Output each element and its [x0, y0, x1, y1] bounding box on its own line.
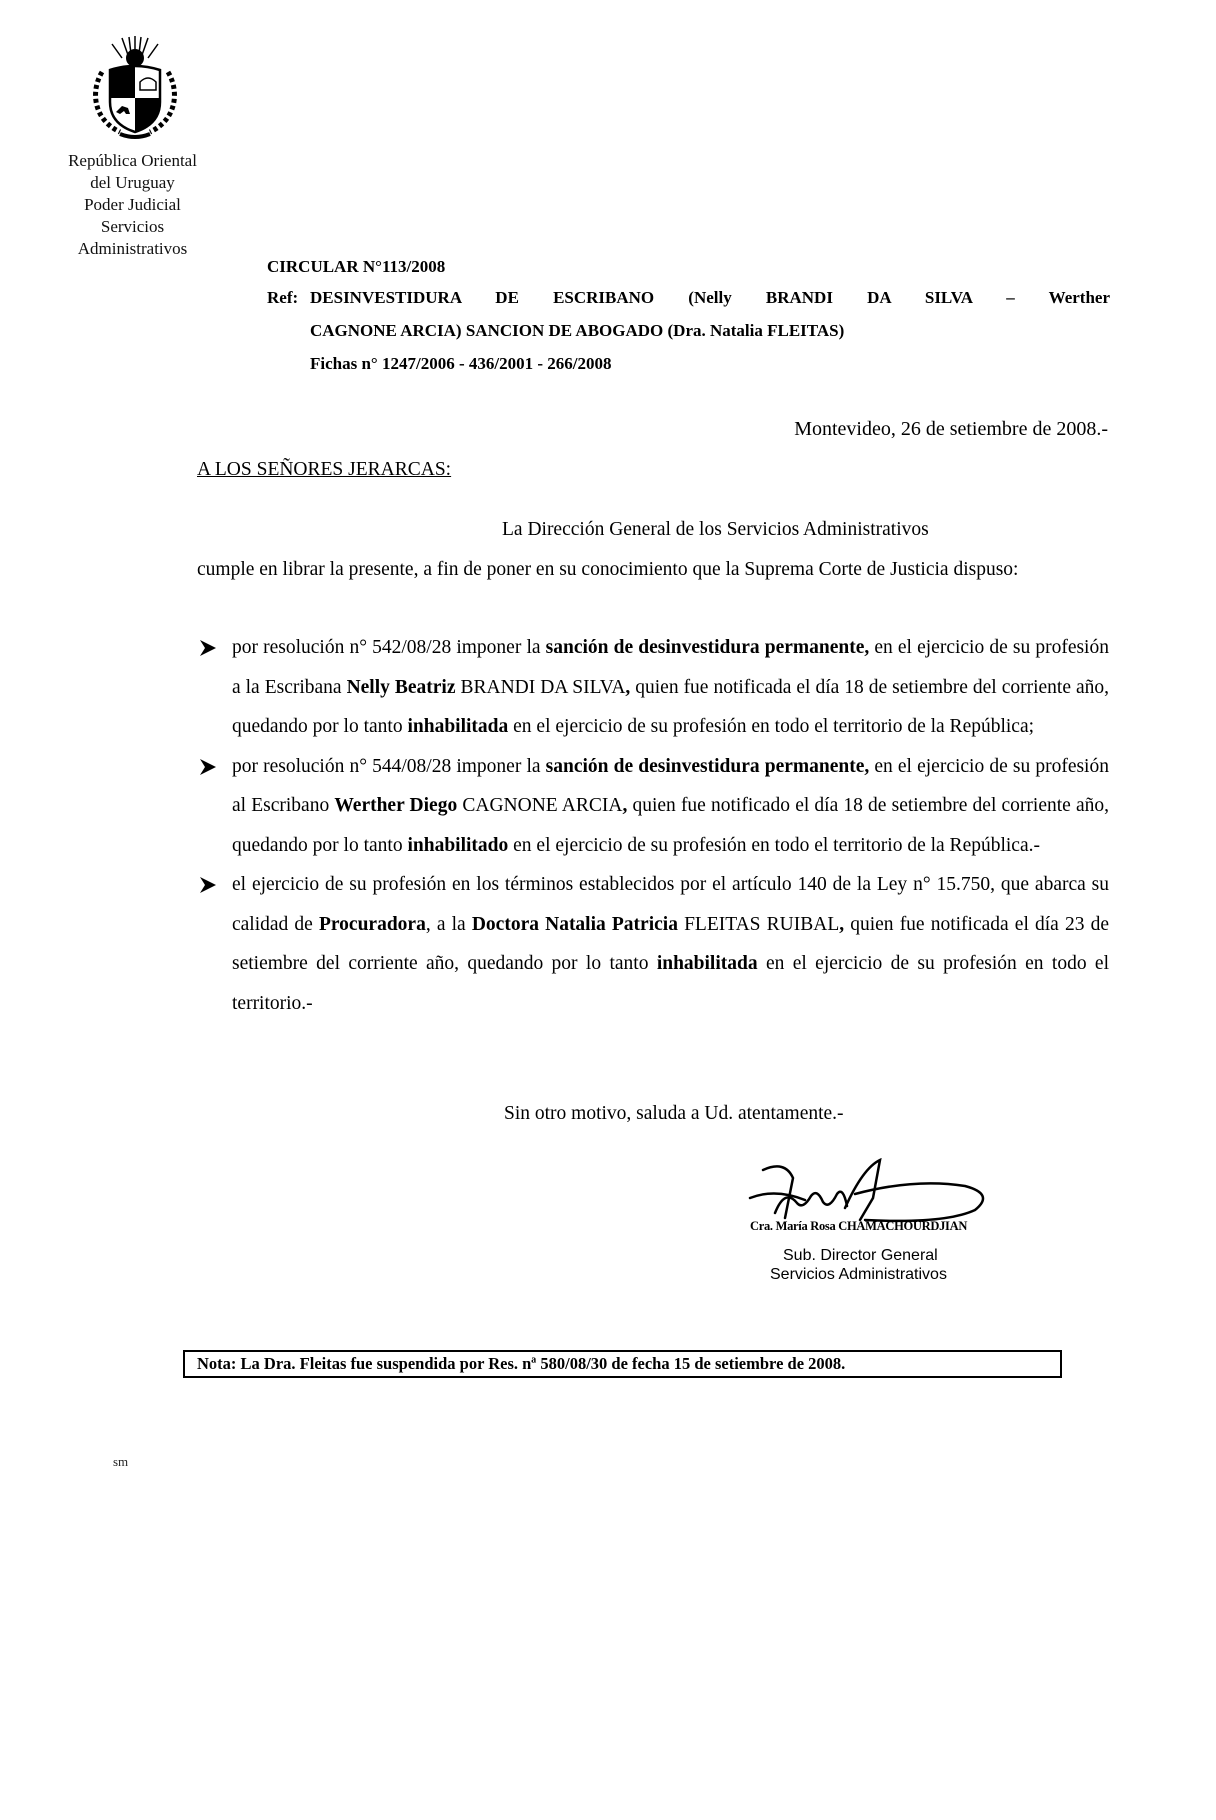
emphasized-text: sanción de desinvestidura permanente, — [546, 756, 870, 777]
intro-rest: cumple en librar la presente, a fin de p… — [197, 559, 1018, 580]
list-item-text: por resolución n° 542/08/28 imponer la s… — [232, 637, 1109, 737]
organization-name: República Oriental del Uruguay Poder Jud… — [40, 150, 225, 260]
list-item: el ejercicio de su profesión en los térm… — [197, 865, 1109, 1023]
file-numbers: Fichas n° 1247/2006 - 436/2001 - 266/200… — [310, 349, 611, 379]
emphasized-text: Procuradora — [319, 914, 426, 935]
ref-label: Ref: — [267, 283, 298, 313]
circular-number: CIRCULAR N°113/2008 — [267, 252, 445, 282]
coat-of-arms-icon — [80, 32, 190, 144]
list-item-text: por resolución n° 544/08/28 imponer la s… — [232, 756, 1109, 856]
emphasized-text: inhabilitada — [657, 953, 758, 974]
emphasized-text: inhabilitada — [407, 716, 508, 737]
closing-line: Sin otro motivo, saluda a Ud. atentament… — [504, 1103, 844, 1125]
typist-initials: sm — [113, 1454, 128, 1470]
text-run: en el ejercicio de su profesión en todo … — [508, 716, 1034, 737]
text-run: FLEITAS RUIBAL — [678, 914, 839, 935]
text-run: en el ejercicio de su profesión en todo … — [508, 835, 1040, 856]
org-line: Poder Judicial — [40, 194, 225, 216]
org-line: del Uruguay — [40, 172, 225, 194]
list-item-text: el ejercicio de su profesión en los térm… — [232, 874, 1109, 1014]
text-run: por resolución n° 542/08/28 imponer la — [232, 637, 546, 658]
org-line: Administrativos — [40, 238, 225, 260]
intro-paragraph: La Dirección General de los Servicios Ad… — [197, 510, 1109, 589]
place-and-date: Montevideo, 26 de setiembre de 2008.- — [794, 418, 1108, 441]
text-run: , a la — [426, 914, 472, 935]
text-run: BRANDI DA SILVA — [456, 677, 626, 698]
resolution-list: por resolución n° 542/08/28 imponer la s… — [197, 628, 1109, 1023]
org-line: Servicios — [40, 216, 225, 238]
ref-subject-line-2: CAGNONE ARCIA) SANCION DE ABOGADO (Dra. … — [310, 316, 844, 346]
list-item: por resolución n° 544/08/28 imponer la s… — [197, 747, 1109, 866]
list-item: por resolución n° 542/08/28 imponer la s… — [197, 628, 1109, 747]
emphasized-text: Werther Diego — [334, 795, 457, 816]
salutation: A LOS SEÑORES JERARCAS: — [197, 459, 451, 481]
emphasized-text: sanción de desinvestidura permanente, — [546, 637, 870, 658]
arrowhead-bullet-icon — [197, 628, 219, 667]
org-line: República Oriental — [40, 150, 225, 172]
signer-name: Cra. María Rosa CHAMACHOURDJIAN — [750, 1219, 967, 1234]
arrowhead-bullet-icon — [197, 747, 219, 786]
signer-title: Sub. Director General — [783, 1245, 938, 1266]
emphasized-text: Doctora Natalia Patricia — [472, 914, 678, 935]
signer-department: Servicios Administrativos — [770, 1266, 947, 1284]
note-box: Nota: La Dra. Fleitas fue suspendida por… — [183, 1350, 1062, 1378]
ref-subject-line-1: DESINVESTIDURA DE ESCRIBANO (Nelly BRAND… — [310, 283, 1110, 313]
arrowhead-bullet-icon — [197, 865, 219, 904]
text-run: por resolución n° 544/08/28 imponer la — [232, 756, 546, 777]
emphasized-text: inhabilitado — [407, 835, 508, 856]
text-run: CAGNONE ARCIA — [457, 795, 622, 816]
intro-first-line: La Dirección General de los Servicios Ad… — [197, 510, 1109, 550]
emphasized-text: Nelly Beatriz — [347, 677, 456, 698]
